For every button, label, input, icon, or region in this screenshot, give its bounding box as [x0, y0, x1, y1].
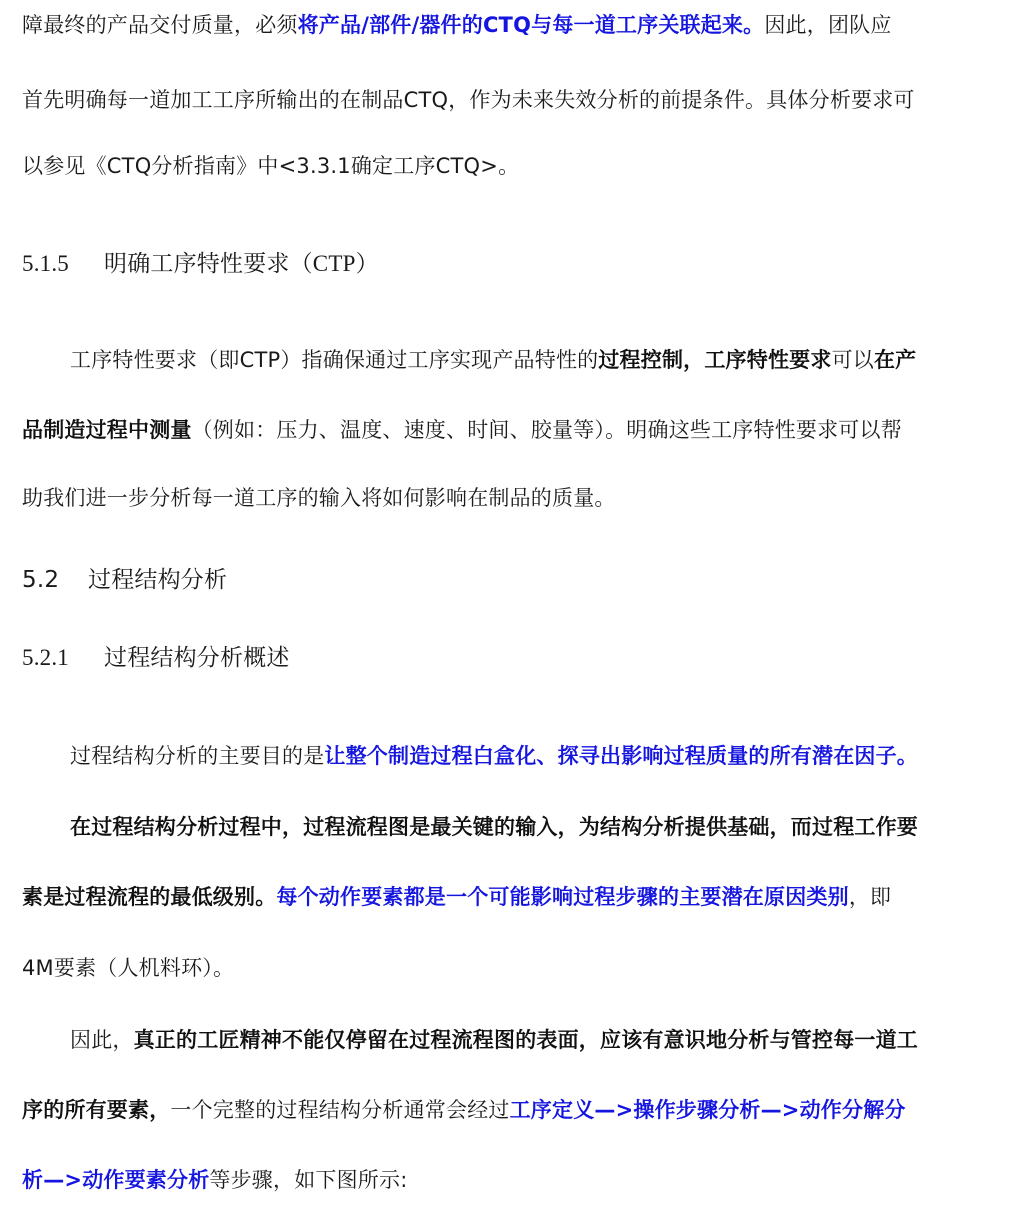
emphasis-blue: 将产品/部件/器件的CTQ与每一道工序关联起来。	[298, 13, 765, 37]
paragraph-line: 首先明确每一道加工工序所输出的在制品CTQ，作为未来失效分析的前提条件。具体分析…	[22, 85, 1022, 115]
emphasis-bold: 真正的工匠精神不能仅停留在过程流程图的表面，应该有意识地分析与管控每一道工	[134, 1028, 918, 1052]
heading-number: 5.2.1	[22, 643, 104, 673]
text-segment: 工序特性要求（即CTP）指确保通过工序实现产品特性的	[70, 348, 598, 372]
heading-number: 5.2	[22, 565, 88, 595]
paragraph-line: 障最终的产品交付质量，必须将产品/部件/器件的CTQ与每一道工序关联起来。因此，…	[22, 10, 1022, 40]
text-segment: 4M要素（人机料环）。	[22, 956, 234, 980]
paragraph-line: 析—>动作要素分析等步骤，如下图所示:	[22, 1165, 1022, 1195]
paragraph-line: 4M要素（人机料环）。	[22, 953, 1022, 983]
emphasis-bold: 素是过程流程的最低级别。	[22, 885, 276, 909]
emphasis-bold: 在过程结构分析过程中，过程流程图是最关键的输入，为结构分析提供基础，而过程工作要	[70, 815, 918, 839]
emphasis-blue: 每个动作要素都是一个可能影响过程步骤的主要潜在原因类别	[276, 885, 848, 909]
heading-title: 过程结构分析	[88, 567, 227, 593]
paragraph-line: 在过程结构分析过程中，过程流程图是最关键的输入，为结构分析提供基础，而过程工作要	[70, 812, 1022, 842]
paragraph-line: 助我们进一步分析每一道工序的输入将如何影响在制品的质量。	[22, 483, 1022, 513]
text-segment: （例如：压力、温度、速度、时间、胶量等）。明确这些工序特性要求可以帮	[192, 418, 902, 442]
emphasis-bold: 品制造过程中测量	[22, 418, 192, 442]
paragraph-line: 工序特性要求（即CTP）指确保通过工序实现产品特性的过程控制，工序特性要求可以在…	[70, 345, 1022, 375]
heading-5-1-5: 5.1.5明确工序特性要求（CTP）	[22, 249, 1022, 279]
heading-title: 明确工序特性要求（CTP）	[104, 251, 379, 276]
paragraph-line: 素是过程流程的最低级别。每个动作要素都是一个可能影响过程步骤的主要潜在原因类别，…	[22, 882, 1022, 912]
text-segment: 以参见《CTQ分析指南》中<3.3.1确定工序CTQ>。	[22, 154, 519, 178]
emphasis-bold: 序的所有要素，	[22, 1098, 170, 1122]
text-segment: 首先明确每一道加工工序所输出的在制品CTQ，作为未来失效分析的前提条件。具体分析…	[22, 88, 915, 112]
heading-5-2-1: 5.2.1过程结构分析概述	[22, 643, 1022, 673]
heading-title: 过程结构分析概述	[104, 645, 290, 670]
text-segment: 一个完整的过程结构分析通常会经过	[170, 1098, 509, 1122]
text-segment: 过程结构分析的主要目的是	[70, 744, 324, 768]
emphasis-bold: 在产	[874, 348, 916, 372]
paragraph-line: 品制造过程中测量（例如：压力、温度、速度、时间、胶量等）。明确这些工序特性要求可…	[22, 415, 1022, 445]
emphasis-blue: 让整个制造过程白盒化、探寻出影响过程质量的所有潜在因子。	[324, 744, 918, 768]
paragraph-line: 过程结构分析的主要目的是让整个制造过程白盒化、探寻出影响过程质量的所有潜在因子。	[70, 741, 1022, 771]
emphasis-blue: 析—>动作要素分析	[22, 1168, 209, 1192]
emphasis-bold: 过程控制，工序特性要求	[598, 348, 831, 372]
text-segment: ，即	[849, 885, 891, 909]
text-segment: 因此，团队应	[764, 13, 891, 37]
heading-5-2: 5.2过程结构分析	[22, 565, 1022, 595]
paragraph-line: 以参见《CTQ分析指南》中<3.3.1确定工序CTQ>。	[22, 151, 1022, 181]
heading-number: 5.1.5	[22, 249, 104, 279]
paragraph-line: 序的所有要素，一个完整的过程结构分析通常会经过工序定义—>操作步骤分析—>动作分…	[22, 1095, 1022, 1125]
emphasis-blue: 工序定义—>操作步骤分析—>动作分解分	[510, 1098, 906, 1122]
text-segment: 因此，	[70, 1028, 134, 1052]
text-segment: 助我们进一步分析每一道工序的输入将如何影响在制品的质量。	[22, 486, 616, 510]
text-segment: 等步骤，如下图所示:	[209, 1168, 407, 1192]
paragraph-line: 因此，真正的工匠精神不能仅停留在过程流程图的表面，应该有意识地分析与管控每一道工	[70, 1025, 1022, 1055]
text-segment: 障最终的产品交付质量，必须	[22, 13, 298, 37]
text-segment: 可以	[832, 348, 874, 372]
